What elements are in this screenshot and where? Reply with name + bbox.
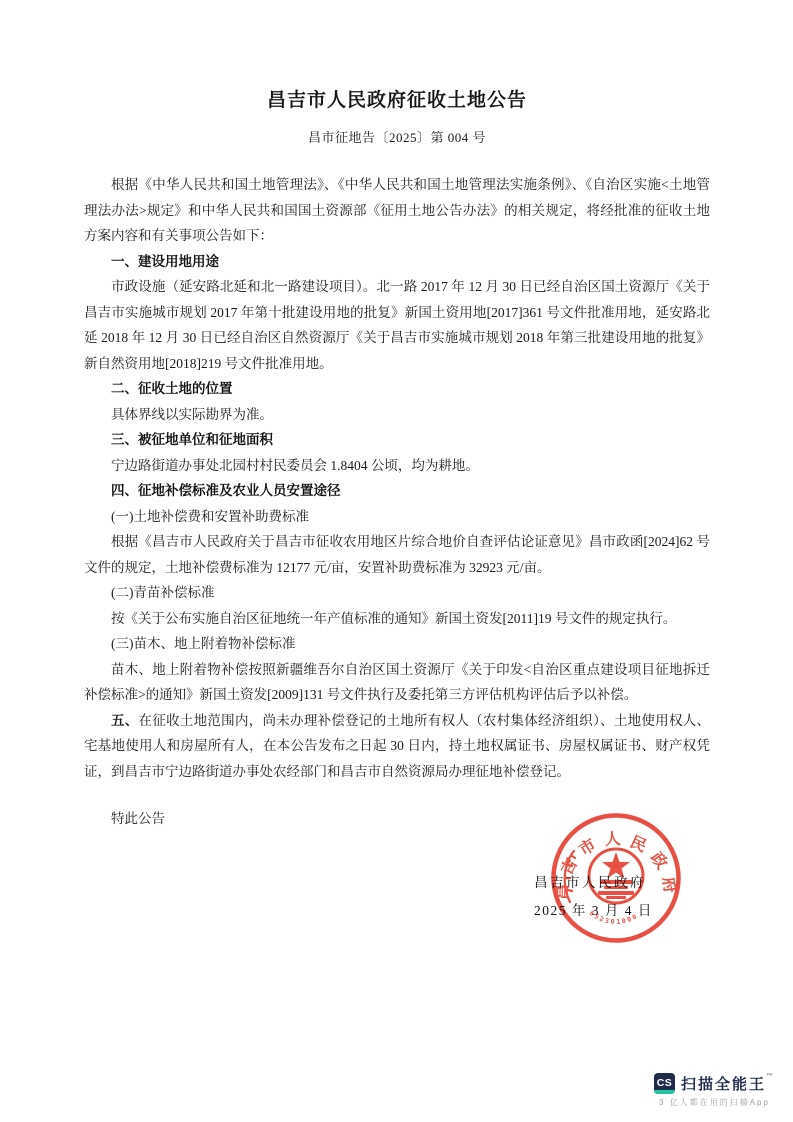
section-4-heading: 四、征地补偿标准及农业人员安置途径	[84, 478, 710, 504]
camscanner-logo-icon: CS	[654, 1073, 675, 1094]
camscanner-row: CS 扫描全能王™	[654, 1073, 775, 1094]
document-content: 昌吉市人民政府征收土地公告 昌市征地告〔2025〕第 004 号 根据《中华人民…	[84, 88, 710, 832]
signature-issuer: 昌吉市人民政府	[534, 871, 646, 891]
subsection-1-heading: (一)土地补偿费和安置补助费标准	[84, 504, 710, 530]
section-5-number: 五、	[111, 713, 139, 728]
section-3-heading: 三、被征地单位和征地面积	[84, 427, 710, 453]
subsection-3-heading: (三)苗木、地上附着物补偿标准	[84, 631, 710, 657]
section-2-heading: 二、征收土地的位置	[84, 376, 710, 402]
document-body: 根据《中华人民共和国土地管理法》、《中华人民共和国土地管理法实施条例》、《自治区…	[84, 172, 710, 832]
trademark-symbol: ™	[766, 1073, 775, 1080]
section-1-heading: 一、建设用地用途	[84, 249, 710, 275]
scanned-document-page: 昌吉市人民政府征收土地公告 昌市征地告〔2025〕第 004 号 根据《中华人民…	[0, 0, 793, 1122]
subsection-3-body: 苗木、地上附着物补偿按照新疆维吾尔自治区国土资源厅《关于印发<自治区重点建设项目…	[84, 657, 710, 708]
section-5-text: 在征收土地范围内，尚未办理补偿登记的土地所有权人（农村集体经济组织）、土地使用权…	[84, 713, 710, 779]
camscanner-tagline: 3 亿人都在用的扫描App	[659, 1097, 770, 1108]
subsection-2-heading: (二)青苗补偿标准	[84, 580, 710, 606]
camscanner-brand-text: 扫描全能王	[681, 1076, 766, 1093]
camscanner-logo-text: CS	[657, 1077, 673, 1089]
section-5-paragraph: 五、在征收土地范围内，尚未办理补偿登记的土地所有权人（农村集体经济组织）、土地使…	[84, 708, 710, 785]
camscanner-brand-name: 扫描全能王™	[681, 1073, 775, 1094]
camscanner-watermark: CS 扫描全能王™ 3 亿人都在用的扫描App	[654, 1073, 775, 1108]
intro-paragraph: 根据《中华人民共和国土地管理法》、《中华人民共和国土地管理法实施条例》、《自治区…	[84, 172, 710, 249]
document-number: 昌市征地告〔2025〕第 004 号	[84, 127, 710, 146]
section-2-body: 具体界线以实际勘界为准。	[84, 402, 710, 428]
section-1-body: 市政设施（延安路北延和北一路建设项目）。北一路 2017 年 12 月 30 日…	[84, 274, 710, 376]
section-3-body: 宁边路街道办事处北园村村民委员会 1.8404 公顷，均为耕地。	[84, 453, 710, 479]
subsection-2-body: 按《关于公布实施自治区征地统一年产值标准的通知》新国土资发[2011]19 号文…	[84, 606, 710, 632]
document-title: 昌吉市人民政府征收土地公告	[84, 88, 710, 114]
signature-date: 2025 年 3 月 4 日	[534, 899, 653, 919]
subsection-1-body: 根据《昌吉市人民政府关于昌吉市征收农用地区片综合地价自查评估论证意见》昌市政函[…	[84, 529, 710, 580]
